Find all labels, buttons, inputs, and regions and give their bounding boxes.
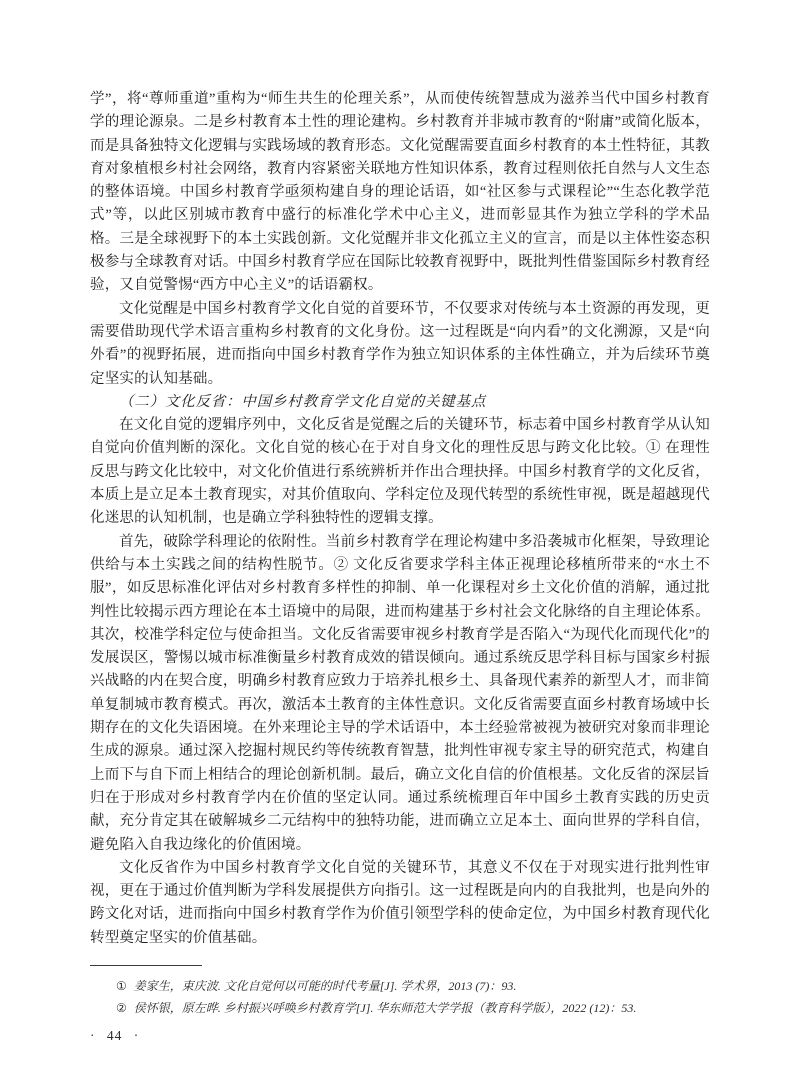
footnote-item: ① 姜家生，束庆波. 文化自觉何以可能的时代考量[J]. 学术界，2013 (7…	[90, 975, 710, 997]
section-heading: （二）文化反省：中国乡村教育学文化自觉的关键基点	[90, 391, 710, 414]
journal-page: 学”，将“尊师重道”重构为“师生共生的伦理关系”，从而使传统智慧成为滋养当代中国…	[0, 0, 800, 1077]
paragraph: 文化觉醒是中国乡村教育学文化自觉的首要环节，不仅要求对传统与本土资源的再发现，更…	[90, 298, 710, 391]
article-body: 学”，将“尊师重道”重构为“师生共生的伦理关系”，从而使传统智慧成为滋养当代中国…	[90, 88, 710, 950]
paragraph-continuation: 学”，将“尊师重道”重构为“师生共生的伦理关系”，从而使传统智慧成为滋养当代中国…	[90, 88, 710, 298]
paragraph: 首先，破除学科理论的依附性。当前乡村教育学在理论构建中多沿袭城市化框架，导致理论…	[90, 531, 710, 857]
paragraph: 在文化自觉的逻辑序列中，文化反省是觉醒之后的关键环节，标志着中国乡村教育学从认知…	[90, 414, 710, 530]
footnote-text: 姜家生，束庆波. 文化自觉何以可能的时代考量[J]. 学术界，2013 (7)：…	[134, 975, 710, 997]
footnote-text: 侯怀银，原左晔. 乡村振兴呼唤乡村教育学[J]. 华东师范大学学报（教育科学版）…	[134, 997, 710, 1019]
footnote-list: ① 姜家生，束庆波. 文化自觉何以可能的时代考量[J]. 学术界，2013 (7…	[90, 975, 710, 1019]
footnote-item: ② 侯怀银，原左晔. 乡村振兴呼唤乡村教育学[J]. 华东师范大学学报（教育科学…	[90, 997, 710, 1019]
footnote-divider	[90, 965, 202, 966]
footnote-marker: ②	[116, 997, 127, 1019]
text-column: 学”，将“尊师重道”重构为“师生共生的伦理关系”，从而使传统智慧成为滋养当代中国…	[90, 88, 710, 1044]
page-number: · 44 ·	[90, 1028, 710, 1044]
paragraph: 文化反省作为中国乡村教育学文化自觉的关键环节，其意义不仅在于对现实进行批判性审视…	[90, 857, 710, 950]
footnote-marker: ①	[116, 975, 127, 997]
